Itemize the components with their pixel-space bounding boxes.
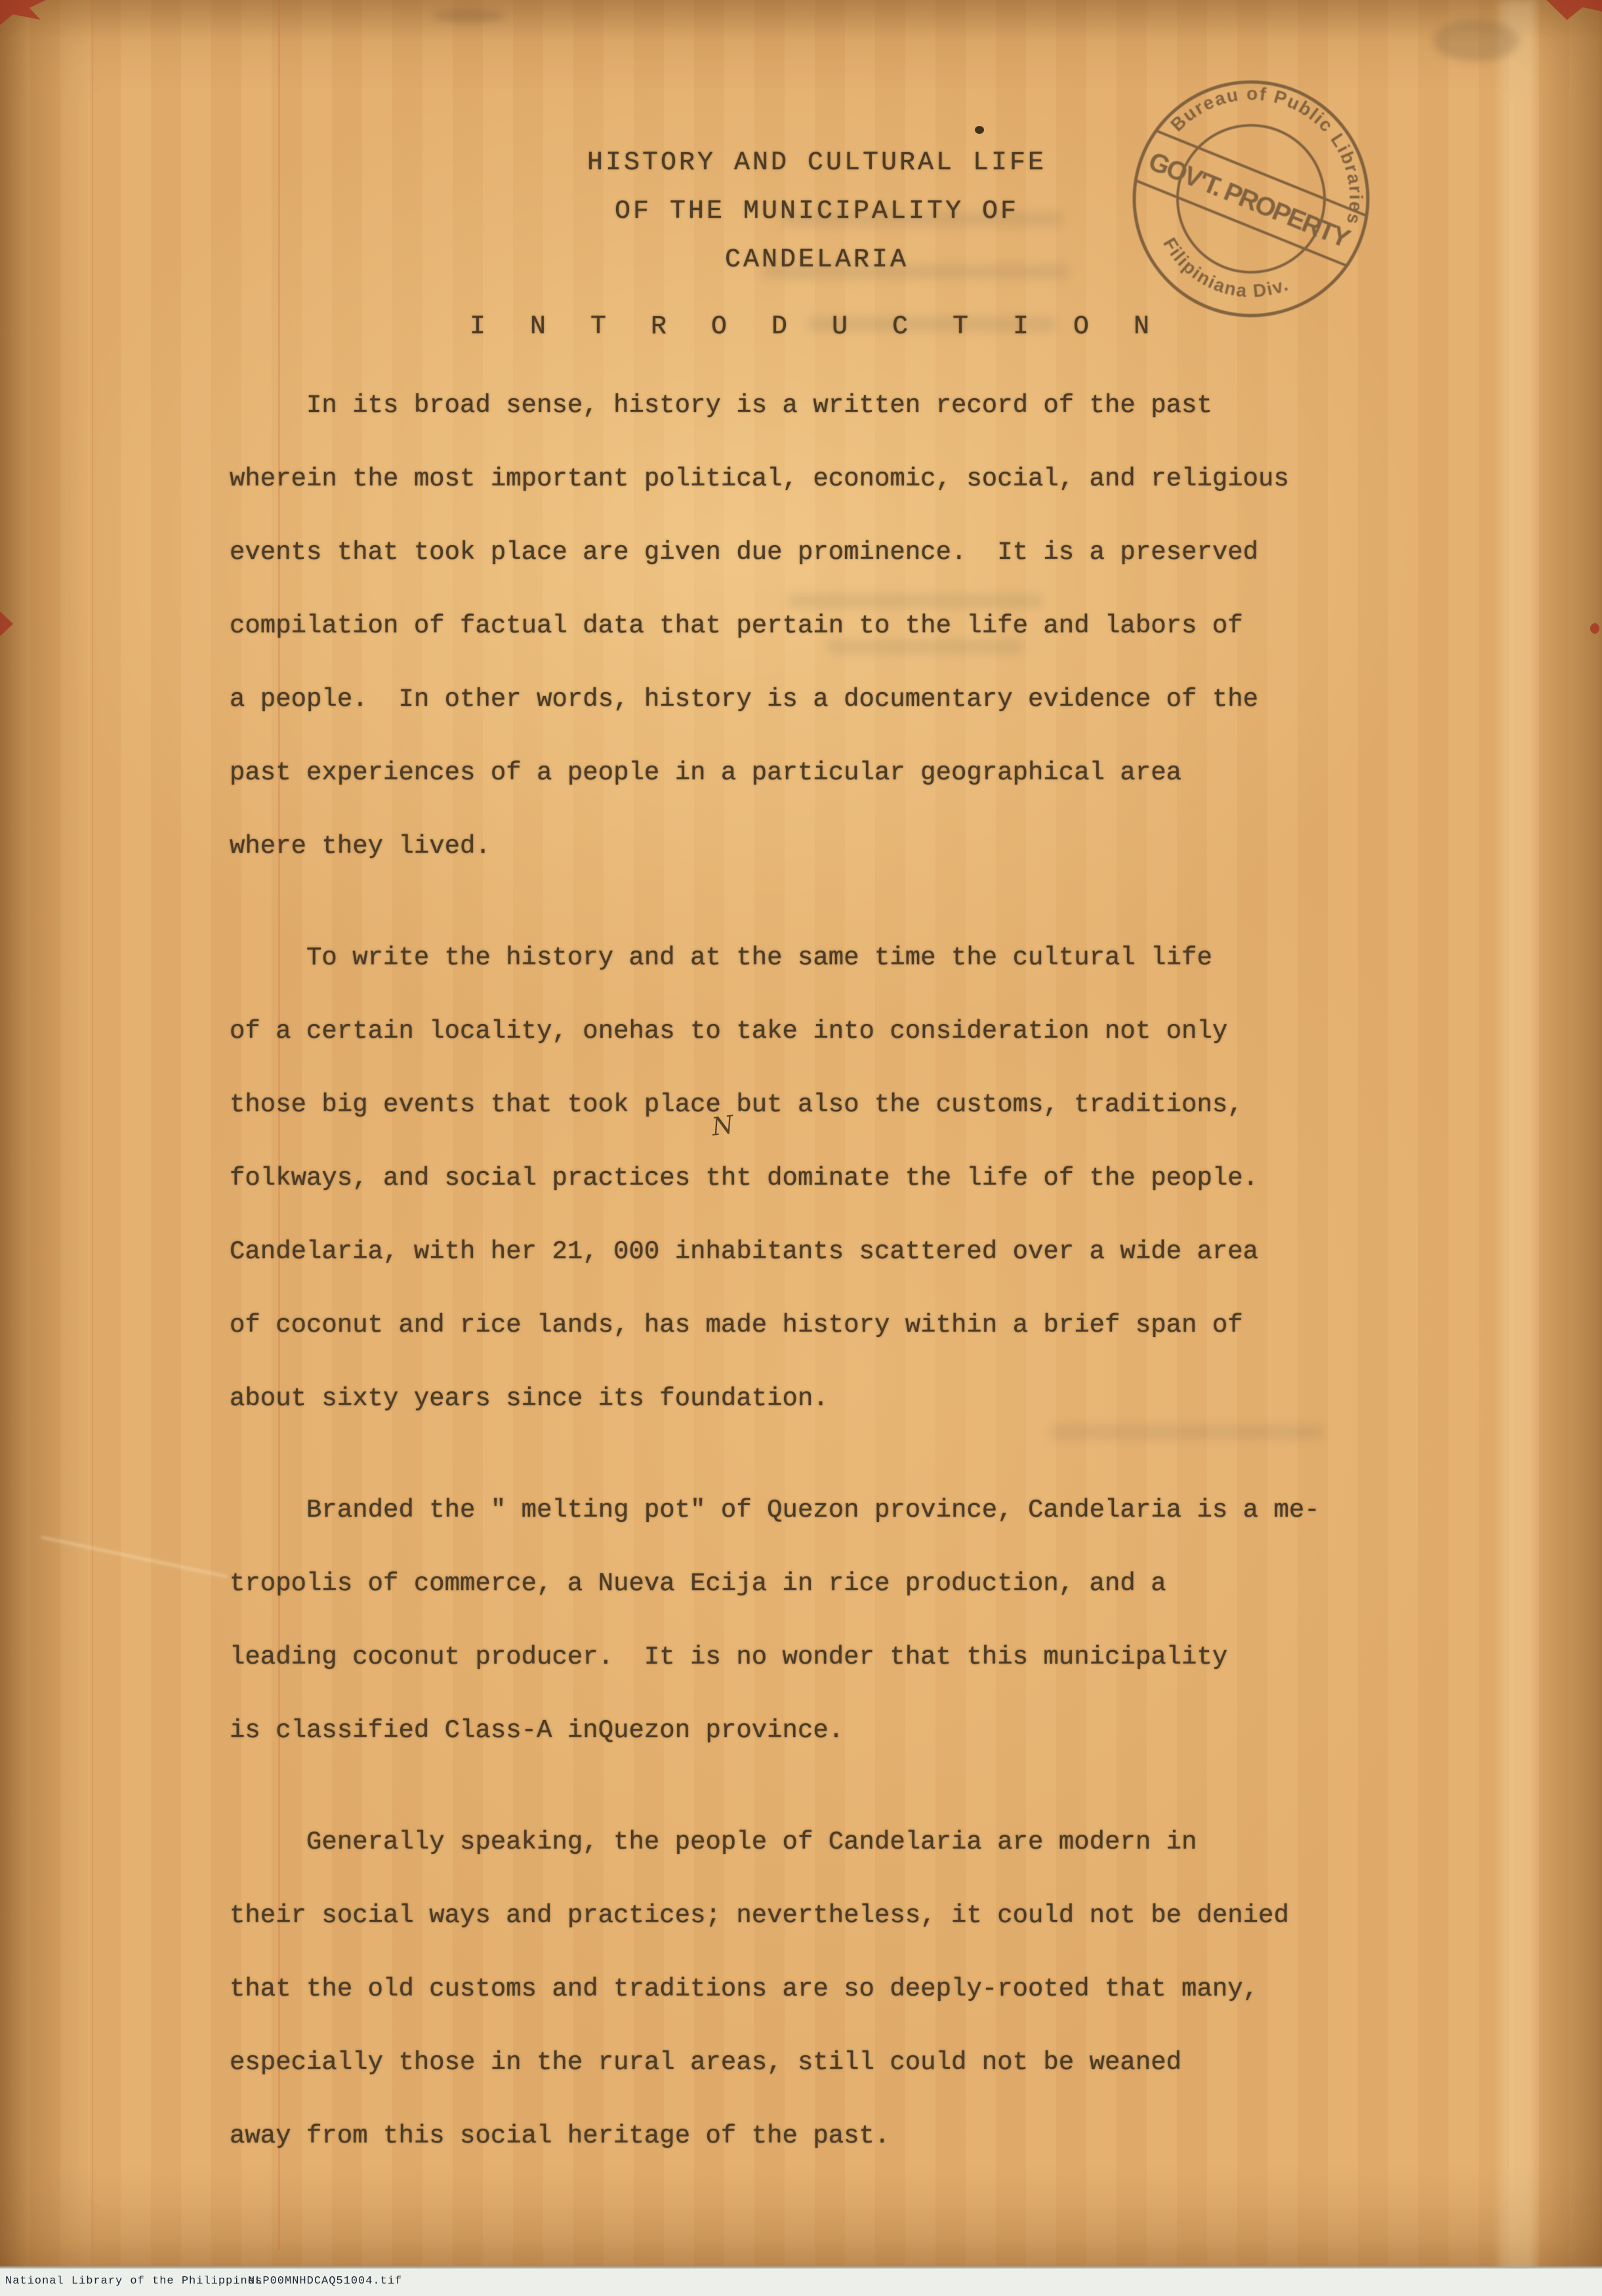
smudge-mark [433, 9, 505, 22]
text-line: that the old customs and traditions are … [230, 1952, 1581, 2026]
paragraph: To write the history and at the same tim… [230, 921, 1581, 1435]
ink-blot [975, 126, 984, 134]
text-line: In its broad sense, history is a written… [230, 369, 1581, 442]
text-line: is classified Class-A inQuezon province. [230, 1694, 1581, 1767]
red-corner-mark-top-left [0, 0, 46, 26]
text-line: those big events that took place but als… [230, 1068, 1581, 1141]
paragraph: Generally speaking, the people of Candel… [230, 1805, 1581, 2173]
smudge-mark [1433, 20, 1519, 62]
text-line: wherein the most important political, ec… [230, 442, 1581, 516]
text-line: leading coconut producer. It is no wonde… [230, 1620, 1581, 1694]
left-edge-line [92, 0, 93, 2250]
text-line: where they lived. [230, 810, 1581, 883]
text-line: of coconut and rice lands, has made hist… [230, 1288, 1581, 1362]
text-line: Branded the " melting pot" of Quezon pro… [230, 1473, 1581, 1547]
scanned-document-page: HISTORY AND CULTURAL LIFE OF THE MUNICIP… [0, 0, 1602, 2296]
library-name-label: National Library of the Philippines [5, 2275, 262, 2287]
text-line: of a certain locality, onehas to take in… [230, 994, 1581, 1068]
text-line: folkways, and social practices tht domin… [230, 1141, 1581, 1215]
red-edge-mark-left [0, 611, 13, 636]
text-line: tropolis of commerce, a Nueva Ecija in r… [230, 1547, 1581, 1620]
scan-filename: NLP00MNHDCAQ51004.tif [248, 2275, 402, 2287]
text-line: their social ways and practices; neverth… [230, 1879, 1581, 1952]
text-line: past experiences of a people in a partic… [230, 736, 1581, 810]
text-line: To write the history and at the same tim… [230, 921, 1581, 994]
text-line: compilation of factual data that pertain… [230, 589, 1581, 663]
svg-text:Filipiniana Div.: Filipiniana Div. [1152, 232, 1298, 310]
text-line: Generally speaking, the people of Candel… [230, 1805, 1581, 1879]
paragraph: Branded the " melting pot" of Quezon pro… [230, 1473, 1581, 1767]
scan-footer-bar: National Library of the Philippines NLP0… [0, 2266, 1602, 2296]
stamp-ring-bottom-text: Filipiniana Div. [1152, 232, 1298, 310]
red-edge-mark-right [1590, 623, 1599, 634]
typed-body: In its broad sense, history is a written… [230, 369, 1581, 2211]
library-stamp: Bureau of Public Libraries Filipiniana D… [1088, 35, 1414, 362]
text-line: especially those in the rural areas, sti… [230, 2026, 1581, 2099]
text-line: events that took place are given due pro… [230, 516, 1581, 589]
text-line: about sixty years since its foundation. [230, 1362, 1581, 1435]
handwritten-insert-letter: N [710, 1110, 735, 1141]
text-line: Candelaria, with her 21, 000 inhabitants… [230, 1215, 1581, 1288]
paper-crease [41, 1536, 228, 1578]
red-corner-mark-top-right [1542, 0, 1602, 21]
text-line: away from this social heritage of the pa… [230, 2099, 1581, 2173]
text-line: a people. In other words, history is a d… [230, 663, 1581, 736]
paragraph: In its broad sense, history is a written… [230, 369, 1581, 883]
